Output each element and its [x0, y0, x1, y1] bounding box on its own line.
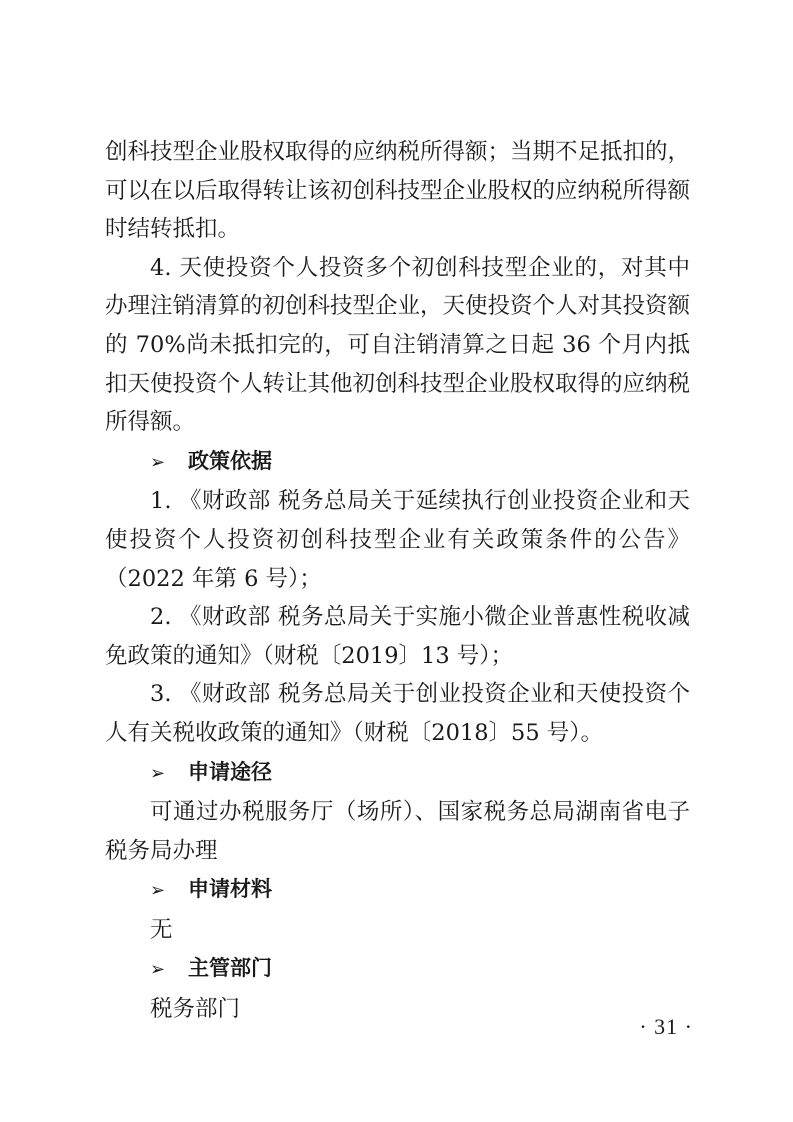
- section-title: 申请途径: [188, 760, 272, 784]
- item-4-paragraph: 4. 天使投资个人投资多个初创科技型企业的，对其中办理注销清算的初创科技型企业，…: [105, 249, 690, 442]
- arrow-bullet-icon: ➢: [150, 755, 188, 794]
- application-channel-text: 可通过办税服务厅（场所）、国家税务总局湖南省电子税务局办理: [105, 793, 690, 870]
- arrow-bullet-icon: ➢: [150, 872, 188, 911]
- section-title: 申请材料: [188, 877, 272, 901]
- application-materials-text: 无: [105, 911, 690, 950]
- policy-basis-item-2: 2. 《财政部 税务总局关于实施小微企业普惠性税收减免政策的通知》（财税〔201…: [105, 598, 690, 675]
- section-title: 政策依据: [188, 449, 272, 473]
- policy-basis-item-3: 3. 《财政部 税务总局关于创业投资企业和天使投资个人有关税收政策的通知》（财税…: [105, 675, 690, 752]
- section-title: 主管部门: [188, 956, 272, 980]
- arrow-bullet-icon: ➢: [150, 444, 188, 483]
- policy-basis-item-1: 1. 《财政部 税务总局关于延续执行创业投资企业和天使投资个人投资初创科技型企业…: [105, 482, 690, 598]
- arrow-bullet-icon: ➢: [150, 951, 188, 990]
- document-body: 创科技型企业股权取得的应纳税所得额；当期不足抵扣的，可以在以后取得转让该初创科技…: [105, 133, 690, 1029]
- continuation-paragraph: 创科技型企业股权取得的应纳税所得额；当期不足抵扣的，可以在以后取得转让该初创科技…: [105, 133, 690, 249]
- section-heading-application-materials: ➢申请材料: [105, 870, 690, 911]
- section-heading-competent-department: ➢主管部门: [105, 949, 690, 990]
- section-heading-policy-basis: ➢政策依据: [105, 442, 690, 483]
- page-number: · 31 ·: [598, 1014, 693, 1040]
- section-heading-application-channel: ➢申请途径: [105, 753, 690, 794]
